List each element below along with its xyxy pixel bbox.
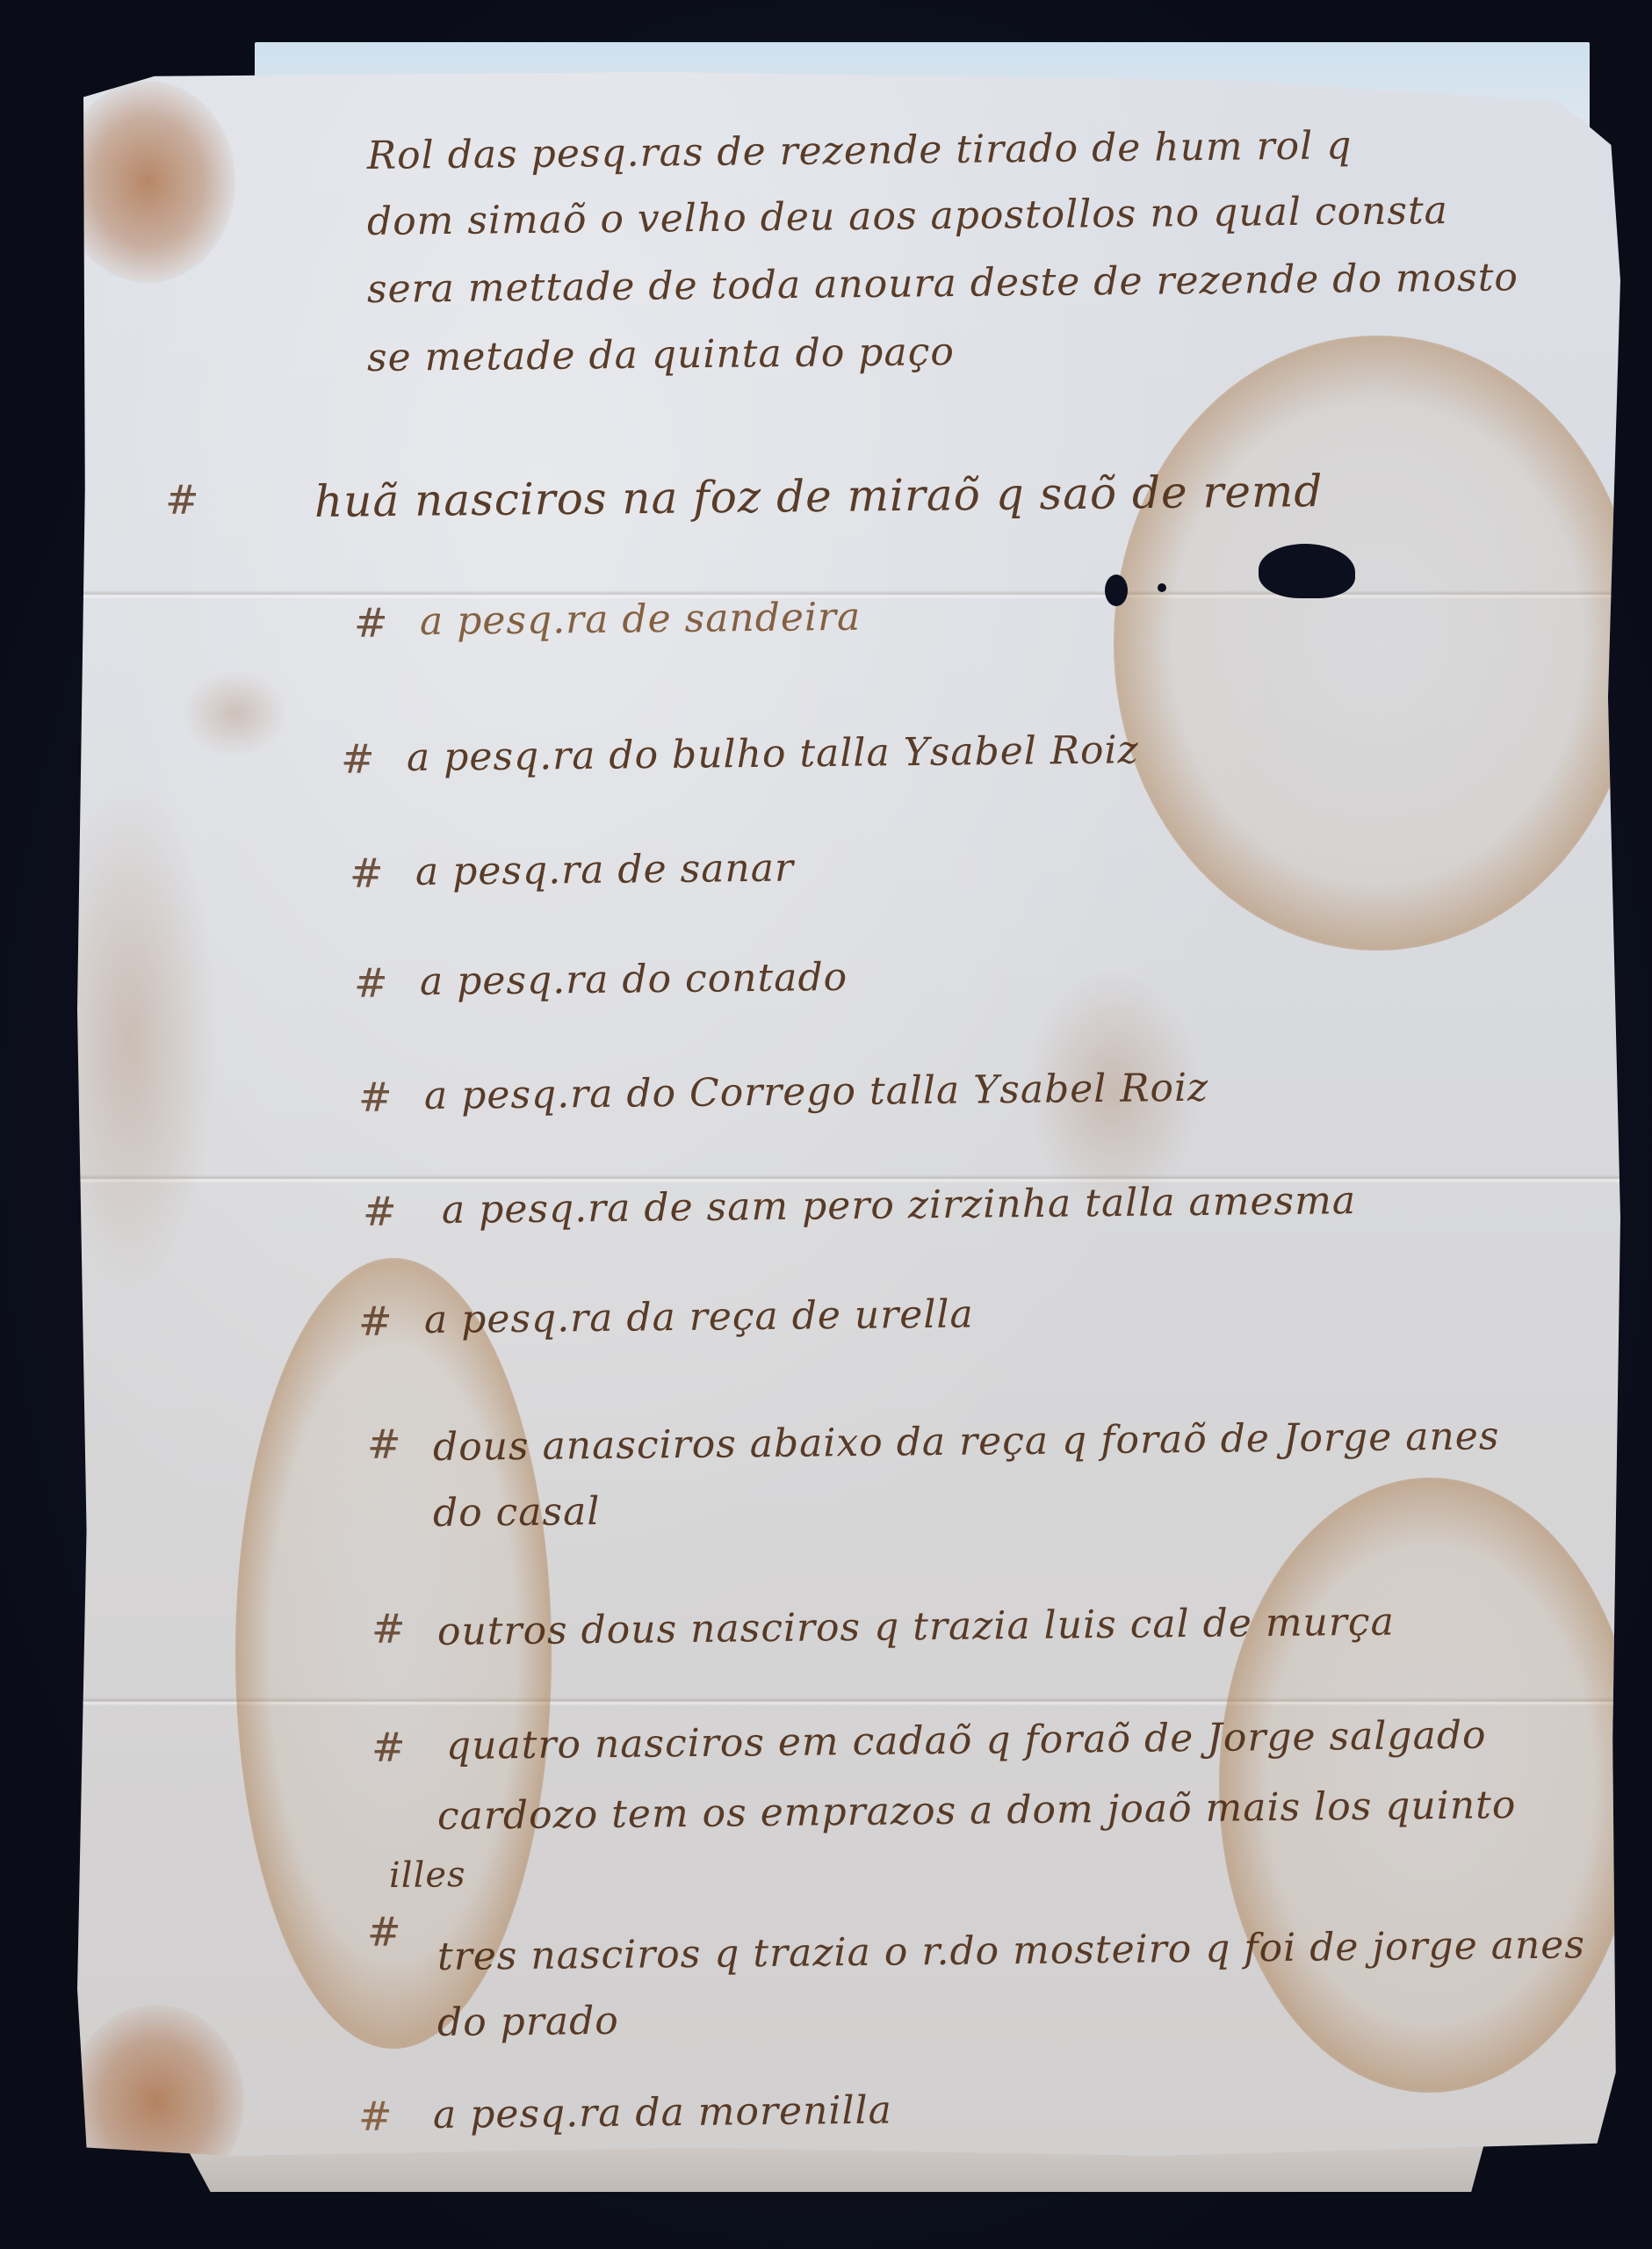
entry-text: a pesq.ra do bulho talla Ysabel Roiz (407, 727, 1139, 780)
entry-text: a pesq.ra do Corrego talla Ysabel Roiz (424, 1066, 1209, 1118)
entry-continuation: do prado (437, 1999, 619, 2045)
spot-stain (183, 669, 288, 757)
entry-mark: # (367, 1908, 401, 1956)
water-stain (1114, 336, 1641, 951)
entry-text: a pesq.ra de sanar (415, 845, 795, 894)
entry-text: dous anasciros abaixo da reça q foraõ de… (433, 1414, 1500, 1470)
entry-text: a pesq.ra de sam pero zirzinha talla ame… (442, 1178, 1357, 1233)
entry-mark: # (372, 1605, 406, 1652)
burn-hole (1259, 544, 1355, 598)
entry-mark: # (354, 959, 388, 1007)
entry-mark: # (354, 599, 388, 647)
rust-stain (60, 81, 235, 283)
entry-text: a pesq.ra da reça de urella (424, 1291, 974, 1342)
heading-line: sera mettade de toda anoura deste de rez… (367, 255, 1519, 312)
burn-hole (1105, 575, 1128, 606)
heading-line: Rol das pesq.ras de rezende tirado de hu… (367, 123, 1353, 178)
entry-mark: # (367, 1421, 401, 1468)
entry-mark: # (358, 1074, 393, 1121)
burn-hole (1158, 583, 1166, 592)
entry-mark: # (350, 850, 384, 897)
heading-line: dom simaõ o velho deu aos apostollos no … (367, 188, 1448, 244)
entry-mark: # (363, 1188, 397, 1235)
entry-continuation: do casal (433, 1489, 601, 1536)
entry-text: huã nasciros na foz de miraõ q saõ de re… (314, 466, 1324, 527)
entry-mark: # (165, 476, 199, 524)
entry-mark: # (358, 1298, 393, 1345)
entry-text: a pesq.ra da morenilla (433, 2088, 892, 2137)
manuscript-page: Rol das pesq.ras de rezende tirado de hu… (77, 72, 1620, 2156)
entry-mark: # (372, 1724, 406, 1771)
heading-line: se metade da quinta do paço (367, 329, 955, 380)
entry-text: a pesq.ra do contado (420, 955, 848, 1004)
fold-line (77, 1175, 1620, 1183)
margin-note: illes (389, 1855, 466, 1896)
entry-text: a pesq.ra de sandeira (420, 595, 862, 644)
entry-mark: # (358, 2093, 393, 2140)
entry-mark: # (341, 735, 375, 783)
